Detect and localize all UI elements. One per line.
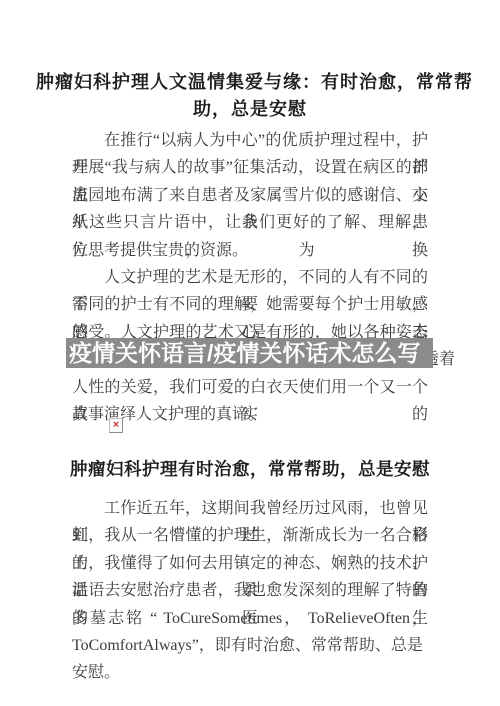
text-line: 人性的关爱，我们可爱的白衣天使们用一个又一个真实的	[72, 374, 428, 401]
text-line: 在推行“以病人为中心”的优质护理过程中，护理部	[72, 127, 428, 154]
broken-image-x-glyph: ×	[112, 421, 120, 430]
article-title: 肿瘤妇科护理人文温情集爱与缘：有时治愈，常常帮 助，总是安慰	[36, 69, 464, 123]
text-line: 虹，我从一名懵懂的护理生，渐渐成长为一名合格的护	[72, 522, 428, 549]
text-line: 工作近五年，这期间我曾经历过风雨，也曾见到过彩	[72, 495, 428, 522]
overlay-banner[interactable]: 疫情关怀语言/疫情关怀话术怎么写	[66, 338, 433, 368]
overlay-banner-text: 疫情关怀语言/疫情关怀话术怎么写	[69, 338, 420, 368]
article-page: 肿瘤妇科护理人文温情集爱与缘：有时治愈，常常帮 助，总是安慰 在推行“以病人为中…	[0, 0, 500, 706]
text-line: 话语去安慰治疗患者，我也愈发深刻的理解了特鲁多医生	[72, 577, 428, 604]
text-line: 的墓志铭 “ ToCureSometimes， ToRelieveOften，	[72, 605, 428, 632]
article-body-bottom: 工作近五年，这期间我曾经历过风雨，也曾见到过彩虹，我从一名懵懂的护理生，渐渐成长…	[72, 495, 428, 659]
article-title-line-1: 肿瘤妇科护理人文温情集爱与缘：有时治愈，常常帮	[36, 69, 464, 96]
article-body-top: 在推行“以病人为中心”的优质护理过程中，护理部开展“我与病人的故事”征集活动，设…	[72, 127, 428, 428]
text-line: ToComfortAlways”，即有时治愈、常常帮助、总是安慰。	[72, 632, 428, 659]
text-line: 不同的护士有不同的理解，她需要每个护士用敏感的心去	[72, 291, 428, 318]
text-line: 人文护理的艺术是无形的，不同的人有不同的需要，	[72, 264, 428, 291]
text-line: 士，我懂得了如何去用镇定的神态、娴熟的技术、温柔的	[72, 550, 428, 577]
text-line: 开展“我与病人的故事”征集活动，设置在病区的护患交	[72, 154, 428, 181]
text-line: 流园地布满了来自患者及家属雪片似的感谢信、小纸条，	[72, 182, 428, 209]
article-subtitle: 肿瘤妇科护理有时治愈，常常帮助，总是安慰	[20, 456, 480, 483]
broken-image-icon: ×	[109, 418, 123, 433]
article-title-line-2: 助，总是安慰	[36, 96, 464, 123]
text-line: 从这些只言片语中，让我们更好的了解、理解患方，为换	[72, 209, 428, 236]
